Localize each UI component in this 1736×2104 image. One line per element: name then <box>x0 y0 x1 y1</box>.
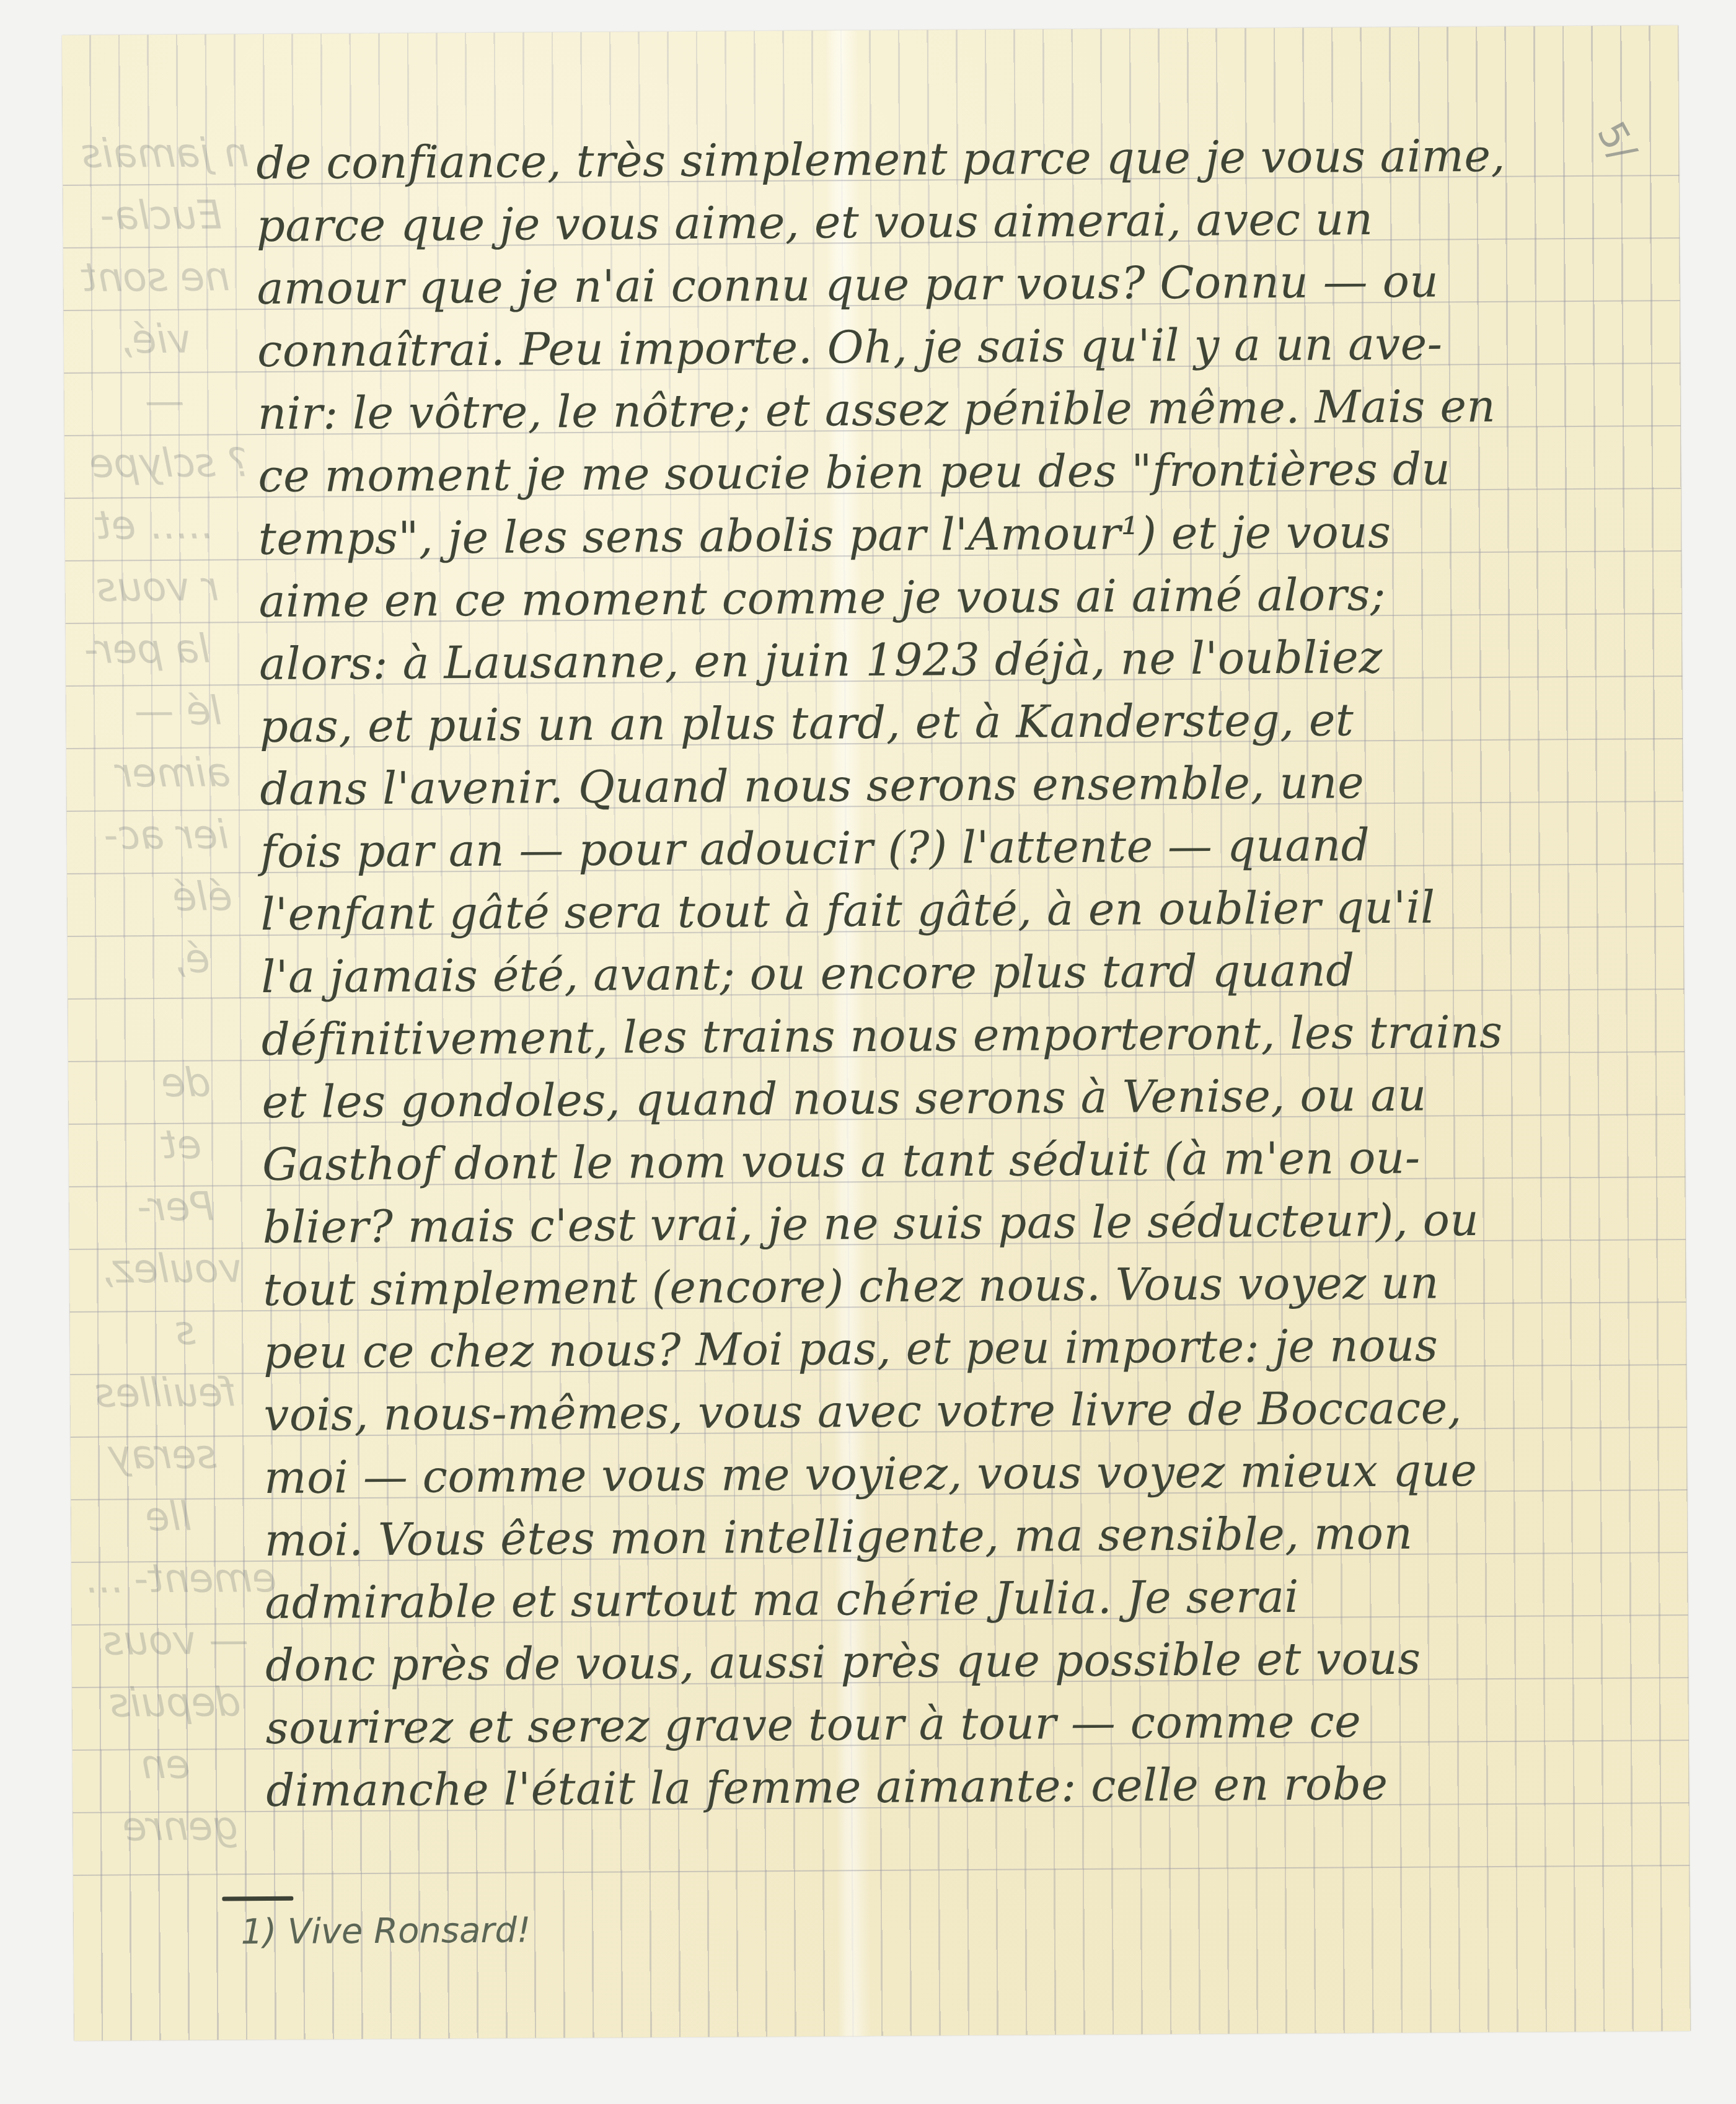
bleed-through-text: Eucla- <box>100 192 223 239</box>
letter-line: aime en ce moment comme je vous ai aimé … <box>258 563 1691 631</box>
letter-line: moi — comme vous me voyiez, vous voyez m… <box>264 1439 1696 1507</box>
letter-line: temps", je les sens abolis par l'Amour¹)… <box>258 500 1691 568</box>
bleed-through-text: élé <box>172 874 232 920</box>
bleed-through-text: voulez, <box>100 1246 242 1292</box>
bleed-through-text: seray <box>108 1432 218 1479</box>
bleed-through-text: lle <box>145 1494 192 1540</box>
letter-line: sourirez et serez grave tour à tour — co… <box>265 1689 1698 1758</box>
bleed-through-text: vié, <box>120 317 192 363</box>
bleed-through-text: lé — <box>134 688 222 734</box>
footnote: 1) Vive Ronsard! <box>241 1910 531 1952</box>
bleed-through-text: en <box>141 1742 190 1788</box>
letter-page: n jamais Eucla- ne sont vié, — ? sclype … <box>62 25 1691 2041</box>
letter-line: l'a jamais été, avant; ou encore plus ta… <box>261 938 1693 1006</box>
letter-line: amour que je n'ai connu que par vous? Co… <box>257 250 1689 318</box>
letter-line: l'enfant gâté sera tout à fait gâté, à e… <box>260 876 1693 944</box>
letter-line: tout simplement (encore) chez nous. Vous… <box>263 1251 1695 1319</box>
bleed-through-text: ement- ... <box>84 1556 277 1603</box>
letter-line: de confiance, très simplement parce que … <box>256 125 1688 193</box>
bleed-through-text: la per- <box>84 627 211 673</box>
letter-line: alors: à Lausanne, en juin 1923 déjà, ne… <box>259 625 1691 693</box>
bleed-through-text: — vous <box>103 1618 249 1664</box>
bleed-through-text: aimer <box>116 750 231 796</box>
bleed-through-text: s <box>175 1308 196 1354</box>
bleed-through-text: et <box>162 1122 202 1168</box>
bleed-through-text: r vous <box>96 564 219 610</box>
letter-line: dimanche l'était la femme aimante: celle… <box>266 1752 1698 1820</box>
letter-line: Gasthof dont le nom vous a tant séduit (… <box>262 1126 1694 1194</box>
footnote-divider <box>222 1896 293 1901</box>
letter-line: nir: le vôtre, le nôtre; et assez pénibl… <box>257 375 1690 443</box>
letter-line: ce moment je me soucie bien peu des "fro… <box>258 438 1690 506</box>
bleed-through-text: ier ac- <box>104 812 229 858</box>
letter-line: fois par an — pour adoucir (?) l'attente… <box>260 813 1693 881</box>
bleed-through-text: n jamais <box>81 130 249 177</box>
bleed-through-text: ? sclype <box>89 440 250 487</box>
bleed-through-text: ..... et <box>96 503 212 549</box>
bleed-through-text: depuis <box>109 1679 241 1726</box>
letter-line: peu ce chez nous? Moi pas, et peu import… <box>263 1314 1696 1382</box>
bleed-through-text: de <box>161 1060 211 1106</box>
bleed-through-text: feuilles <box>95 1370 237 1416</box>
letter-line: vois, nous-mêmes, vous avec votre livre … <box>263 1376 1696 1445</box>
bleed-through-text: — <box>144 379 184 425</box>
letter-line: moi. Vous êtes mon intelligente, ma sens… <box>265 1502 1697 1570</box>
bleed-through-text: genre <box>122 1803 238 1850</box>
letter-line: blier? mais c'est vrai, je ne suis pas l… <box>262 1189 1694 1257</box>
letter-line: donc près de vous, aussi près que possib… <box>265 1627 1698 1695</box>
letter-line: et les gondoles, quand nous serons à Ven… <box>262 1063 1694 1132</box>
letter-line: connaîtrai. Peu importe. Oh, je sais qu'… <box>257 312 1690 381</box>
letter-line: parce que je vous aime, et vous aimerai,… <box>257 187 1689 255</box>
bleed-through-text: Per- <box>137 1184 214 1231</box>
letter-line: dans l'avenir. Quand nous serons ensembl… <box>260 750 1692 819</box>
letter-line: admirable et surtout ma chérie Julia. Je… <box>265 1564 1697 1632</box>
letter-line: définitivement, les trains nous emporter… <box>262 1001 1694 1069</box>
ruled-line <box>73 1865 1690 1876</box>
bleed-through-text: é, <box>173 936 210 982</box>
bleed-through-text: ne sont <box>82 254 230 301</box>
letter-line: pas, et puis un an plus tard, et à Kande… <box>260 688 1692 756</box>
